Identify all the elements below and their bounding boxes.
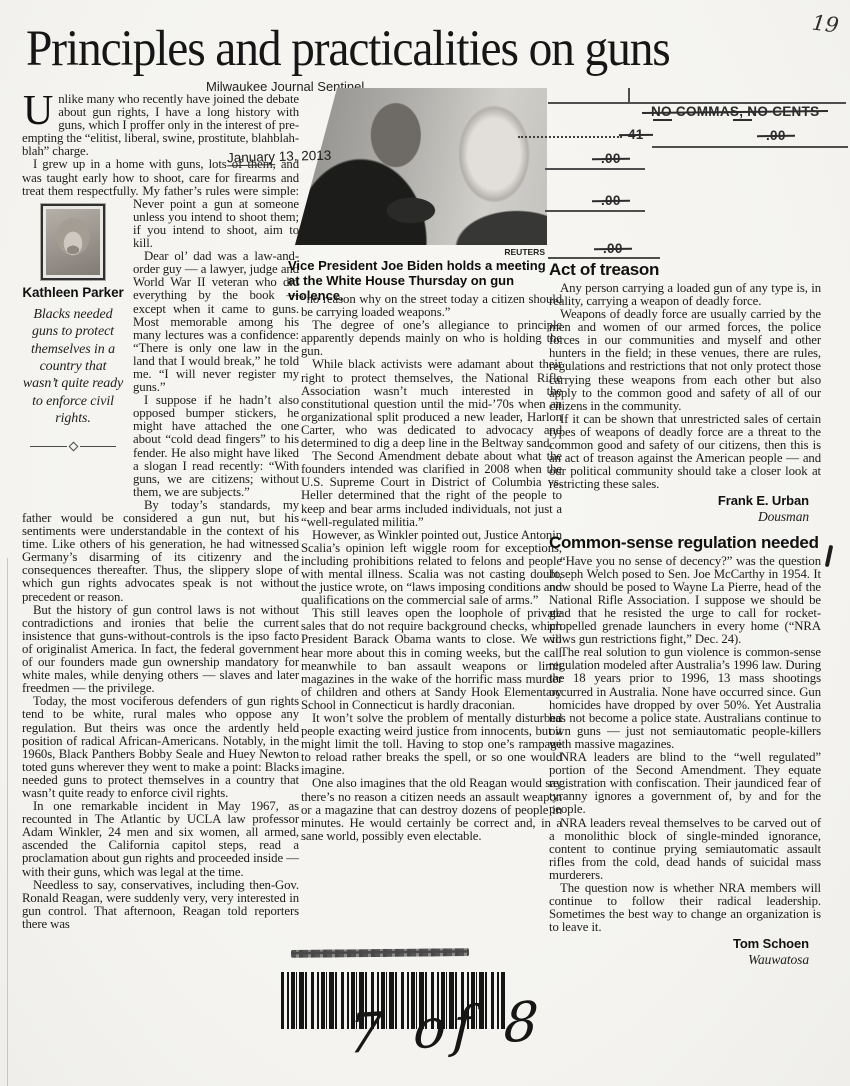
photo-credit: REUTERS	[295, 247, 545, 257]
letter-paragraph: The question now is whether NRA members …	[549, 882, 821, 934]
date-stamp-month: January	[227, 149, 275, 166]
article-paragraph: In one remarkable incident in May 1967, …	[22, 800, 299, 879]
article-photo	[295, 88, 547, 245]
letter-signature-block: Tom Schoen Wauwatosa	[549, 937, 809, 967]
slip-dotted-line	[518, 126, 622, 138]
strike-scribble	[291, 948, 469, 958]
article-paragraph: The Second Amendment debate about what t…	[301, 450, 562, 529]
slip-cents-value: .00	[766, 128, 786, 143]
newspaper-scan-page: 19 Principles and practicalities on guns…	[0, 0, 850, 1086]
article-paragraph: I grew up in a home with guns, lots of t…	[22, 158, 299, 250]
photo-block: REUTERS Vice President Joe Biden holds a…	[295, 88, 547, 303]
article-paragraph: One also imagines that the old Reagan wo…	[301, 777, 562, 842]
letter-paragraph: The real solution to gun violence is com…	[549, 646, 821, 751]
article-paragraph: Today, the most vociferous defenders of …	[22, 695, 299, 800]
author-name: Kathleen Parker	[22, 285, 124, 300]
slip-rule-line	[545, 210, 645, 212]
slip-rule-line	[545, 168, 645, 170]
slip-rule-line	[548, 257, 660, 259]
article-paragraph: While black activists were adamant about…	[301, 358, 562, 450]
author-bio-block: Kathleen ParkerBlacks needed guns to pro…	[22, 201, 124, 507]
article-paragraph: By today’s standards, my father would be…	[22, 499, 299, 604]
divider-ornament	[30, 443, 116, 450]
article-column-1: Unlike many who recently have joined the…	[22, 93, 299, 931]
handwritten-sheet-note: 7 of 8	[347, 989, 547, 1066]
signature-location: Dousman	[549, 509, 809, 525]
scan-edge-line	[7, 558, 8, 1086]
slip-cents-value: .00	[601, 193, 621, 208]
letter-paragraph: NRA leaders reveal themselves to be carv…	[549, 817, 821, 882]
letter-paragraph: “Have you no sense of decency?” was the …	[549, 555, 821, 647]
signature-location: Wauwatosa	[549, 952, 809, 968]
letter-paragraph: Any person carrying a loaded gun of any …	[549, 282, 821, 308]
article-paragraph: This still leaves open the loophole of p…	[301, 607, 562, 712]
letter-heading-act-of-treason: Act of treason	[549, 261, 821, 279]
slip-amount: 41	[628, 127, 644, 142]
handwritten-page-number: 19	[811, 10, 840, 37]
slip-cents-value: .00	[603, 241, 623, 256]
signature-name: Tom Schoen	[549, 937, 809, 952]
slip-cents-value: .00	[601, 151, 621, 166]
paragraph-text: nlike many who recently have joined the …	[22, 92, 299, 158]
headline: Principles and practicalities on guns	[26, 20, 781, 78]
letter-heading-common-sense: Common-sense regulation needed	[549, 534, 821, 552]
slip-underline	[733, 119, 752, 121]
drop-cap: U	[22, 93, 58, 128]
article-paragraph: But the history of gun control laws is n…	[22, 604, 299, 696]
article-column-2: “no reason why on the street today a cit…	[301, 293, 562, 843]
article-paragraph: It won’t solve the problem of mentally d…	[301, 712, 562, 777]
date-stamp: January 13, 2013	[227, 148, 332, 166]
article-paragraph: Needless to say, conservatives, includin…	[22, 879, 299, 931]
letters-column: Act of treason Any person carrying a loa…	[549, 261, 821, 970]
letter-paragraph: If it can be shown that unrestricted sal…	[549, 413, 821, 492]
letter-signature-block: Frank E. Urban Dousman	[549, 494, 809, 524]
slip-note-no-commas-no-cents: NO COMMAS, NO CENTS	[651, 104, 819, 119]
letter-paragraph: Weapons of deadly force are usually carr…	[549, 308, 821, 413]
pen-mark	[825, 545, 833, 567]
slip-tick-mark	[628, 88, 630, 102]
letter-paragraph: NRA leaders are blind to the “well regul…	[549, 751, 821, 816]
slip-underline	[653, 119, 672, 121]
slip-rule-line	[652, 146, 848, 148]
signature-name: Frank E. Urban	[549, 494, 809, 509]
date-stamp-rest: 13, 2013	[275, 148, 332, 164]
article-paragraph: However, as Winkler pointed out, Justice…	[301, 529, 562, 608]
author-photo	[41, 204, 105, 280]
article-paragraph: The degree of one’s allegiance to princi…	[301, 319, 562, 358]
article-paragraph: “no reason why on the street today a cit…	[301, 293, 562, 319]
author-pull-quote: Blacks needed guns to protect themselves…	[22, 306, 124, 428]
